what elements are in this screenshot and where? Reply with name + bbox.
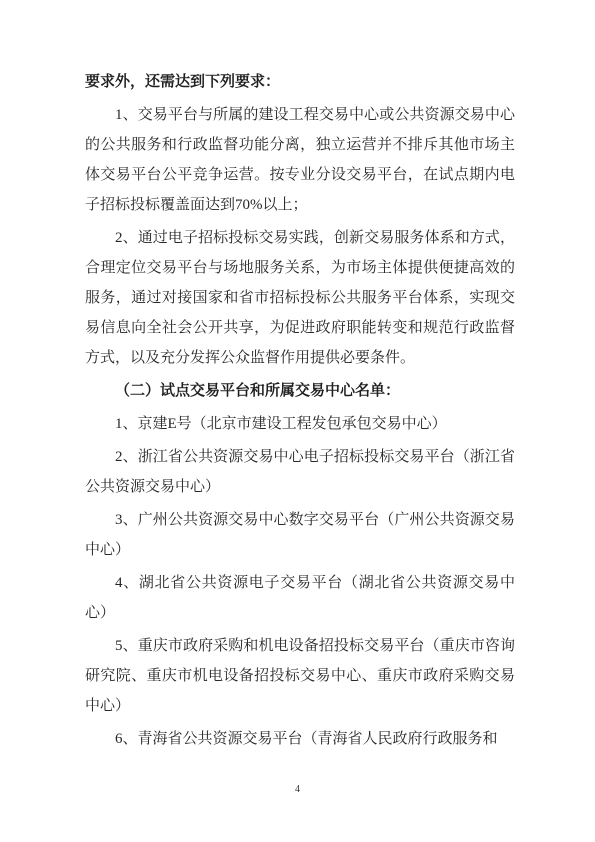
intro-line: 要求外，还需达到下列要求： <box>85 67 515 97</box>
list-item-5: 5、重庆市政府采购和机电设备招投标交易平台（重庆市咨询研究院、重庆市机电设备招投… <box>85 631 515 721</box>
paragraph-1: 1、交易平台与所属的建设工程交易中心或公共资源交易中心的公共服务和行政监督功能分… <box>85 100 515 220</box>
list-item-3: 3、广州公共资源交易中心数字交易平台（广州公共资源交易中心） <box>85 505 515 565</box>
document-page: 要求外，还需达到下列要求： 1、交易平台与所属的建设工程交易中心或公共资源交易中… <box>0 0 595 842</box>
list-item-2: 2、浙江省公共资源交易中心电子招标投标交易平台（浙江省公共资源交易中心） <box>85 442 515 502</box>
page-number: 4 <box>0 784 595 795</box>
list-item-6: 6、青海省公共资源交易平台（青海省人民政府行政服务和 <box>85 724 515 754</box>
list-item-1: 1、京建E号（北京市建设工程发包承包交易中心） <box>85 409 515 439</box>
document-content: 要求外，还需达到下列要求： 1、交易平台与所属的建设工程交易中心或公共资源交易中… <box>85 67 515 754</box>
paragraph-2: 2、通过电子招标投标交易实践，创新交易服务体系和方式，合理定位交易平台与场地服务… <box>85 223 515 373</box>
list-item-4: 4、湖北省公共资源电子交易平台（湖北省公共资源交易中心） <box>85 568 515 628</box>
section-heading: （二）试点交易平台和所属交易中心名单： <box>85 376 515 406</box>
